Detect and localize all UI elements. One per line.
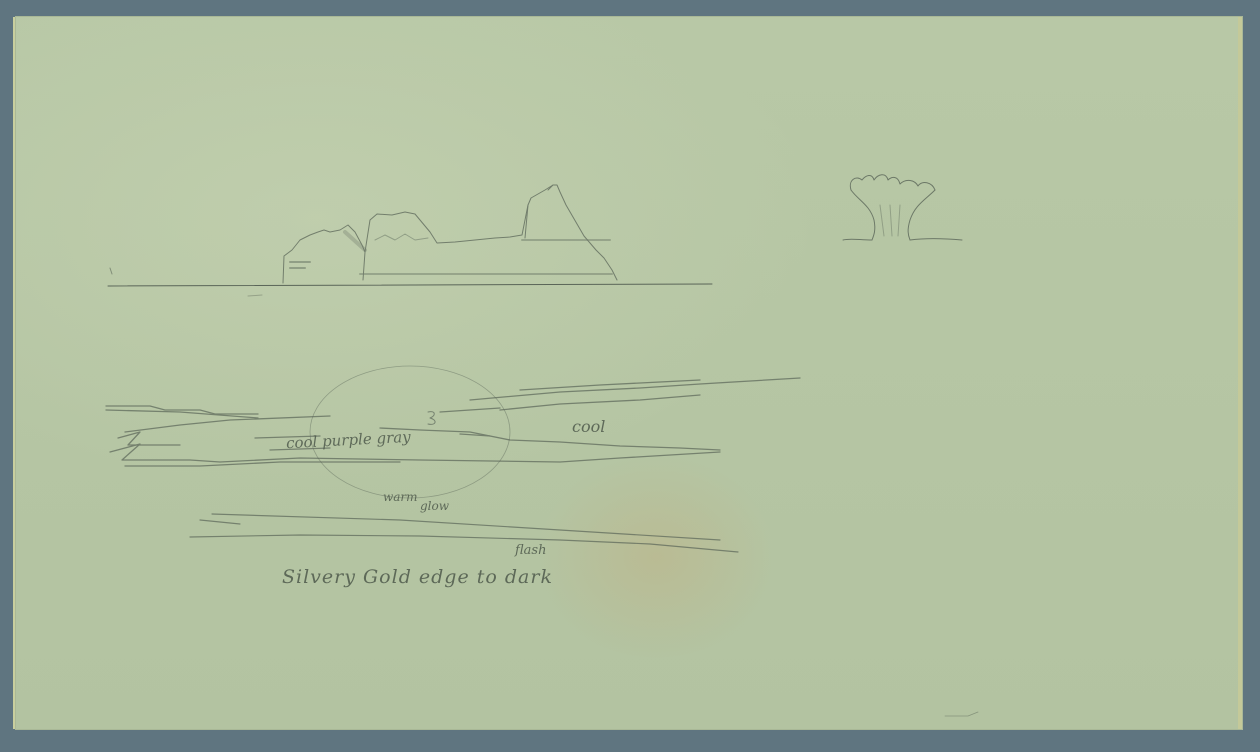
pencil-drawing — [0, 0, 1260, 752]
tree-sketch — [843, 175, 962, 240]
horizon-line — [108, 284, 712, 286]
annotation-flash: flash — [515, 543, 546, 558]
annotation-warm: warm — [383, 490, 418, 504]
iceberg-profile — [283, 185, 617, 283]
annotation-silvery-gold-edge: Silvery Gold edge to dark — [282, 566, 553, 588]
annotation-glow: glow — [420, 499, 449, 513]
cloud-bands — [106, 378, 800, 466]
annotation-cool: cool — [572, 417, 605, 436]
horizon-lines — [190, 514, 738, 552]
